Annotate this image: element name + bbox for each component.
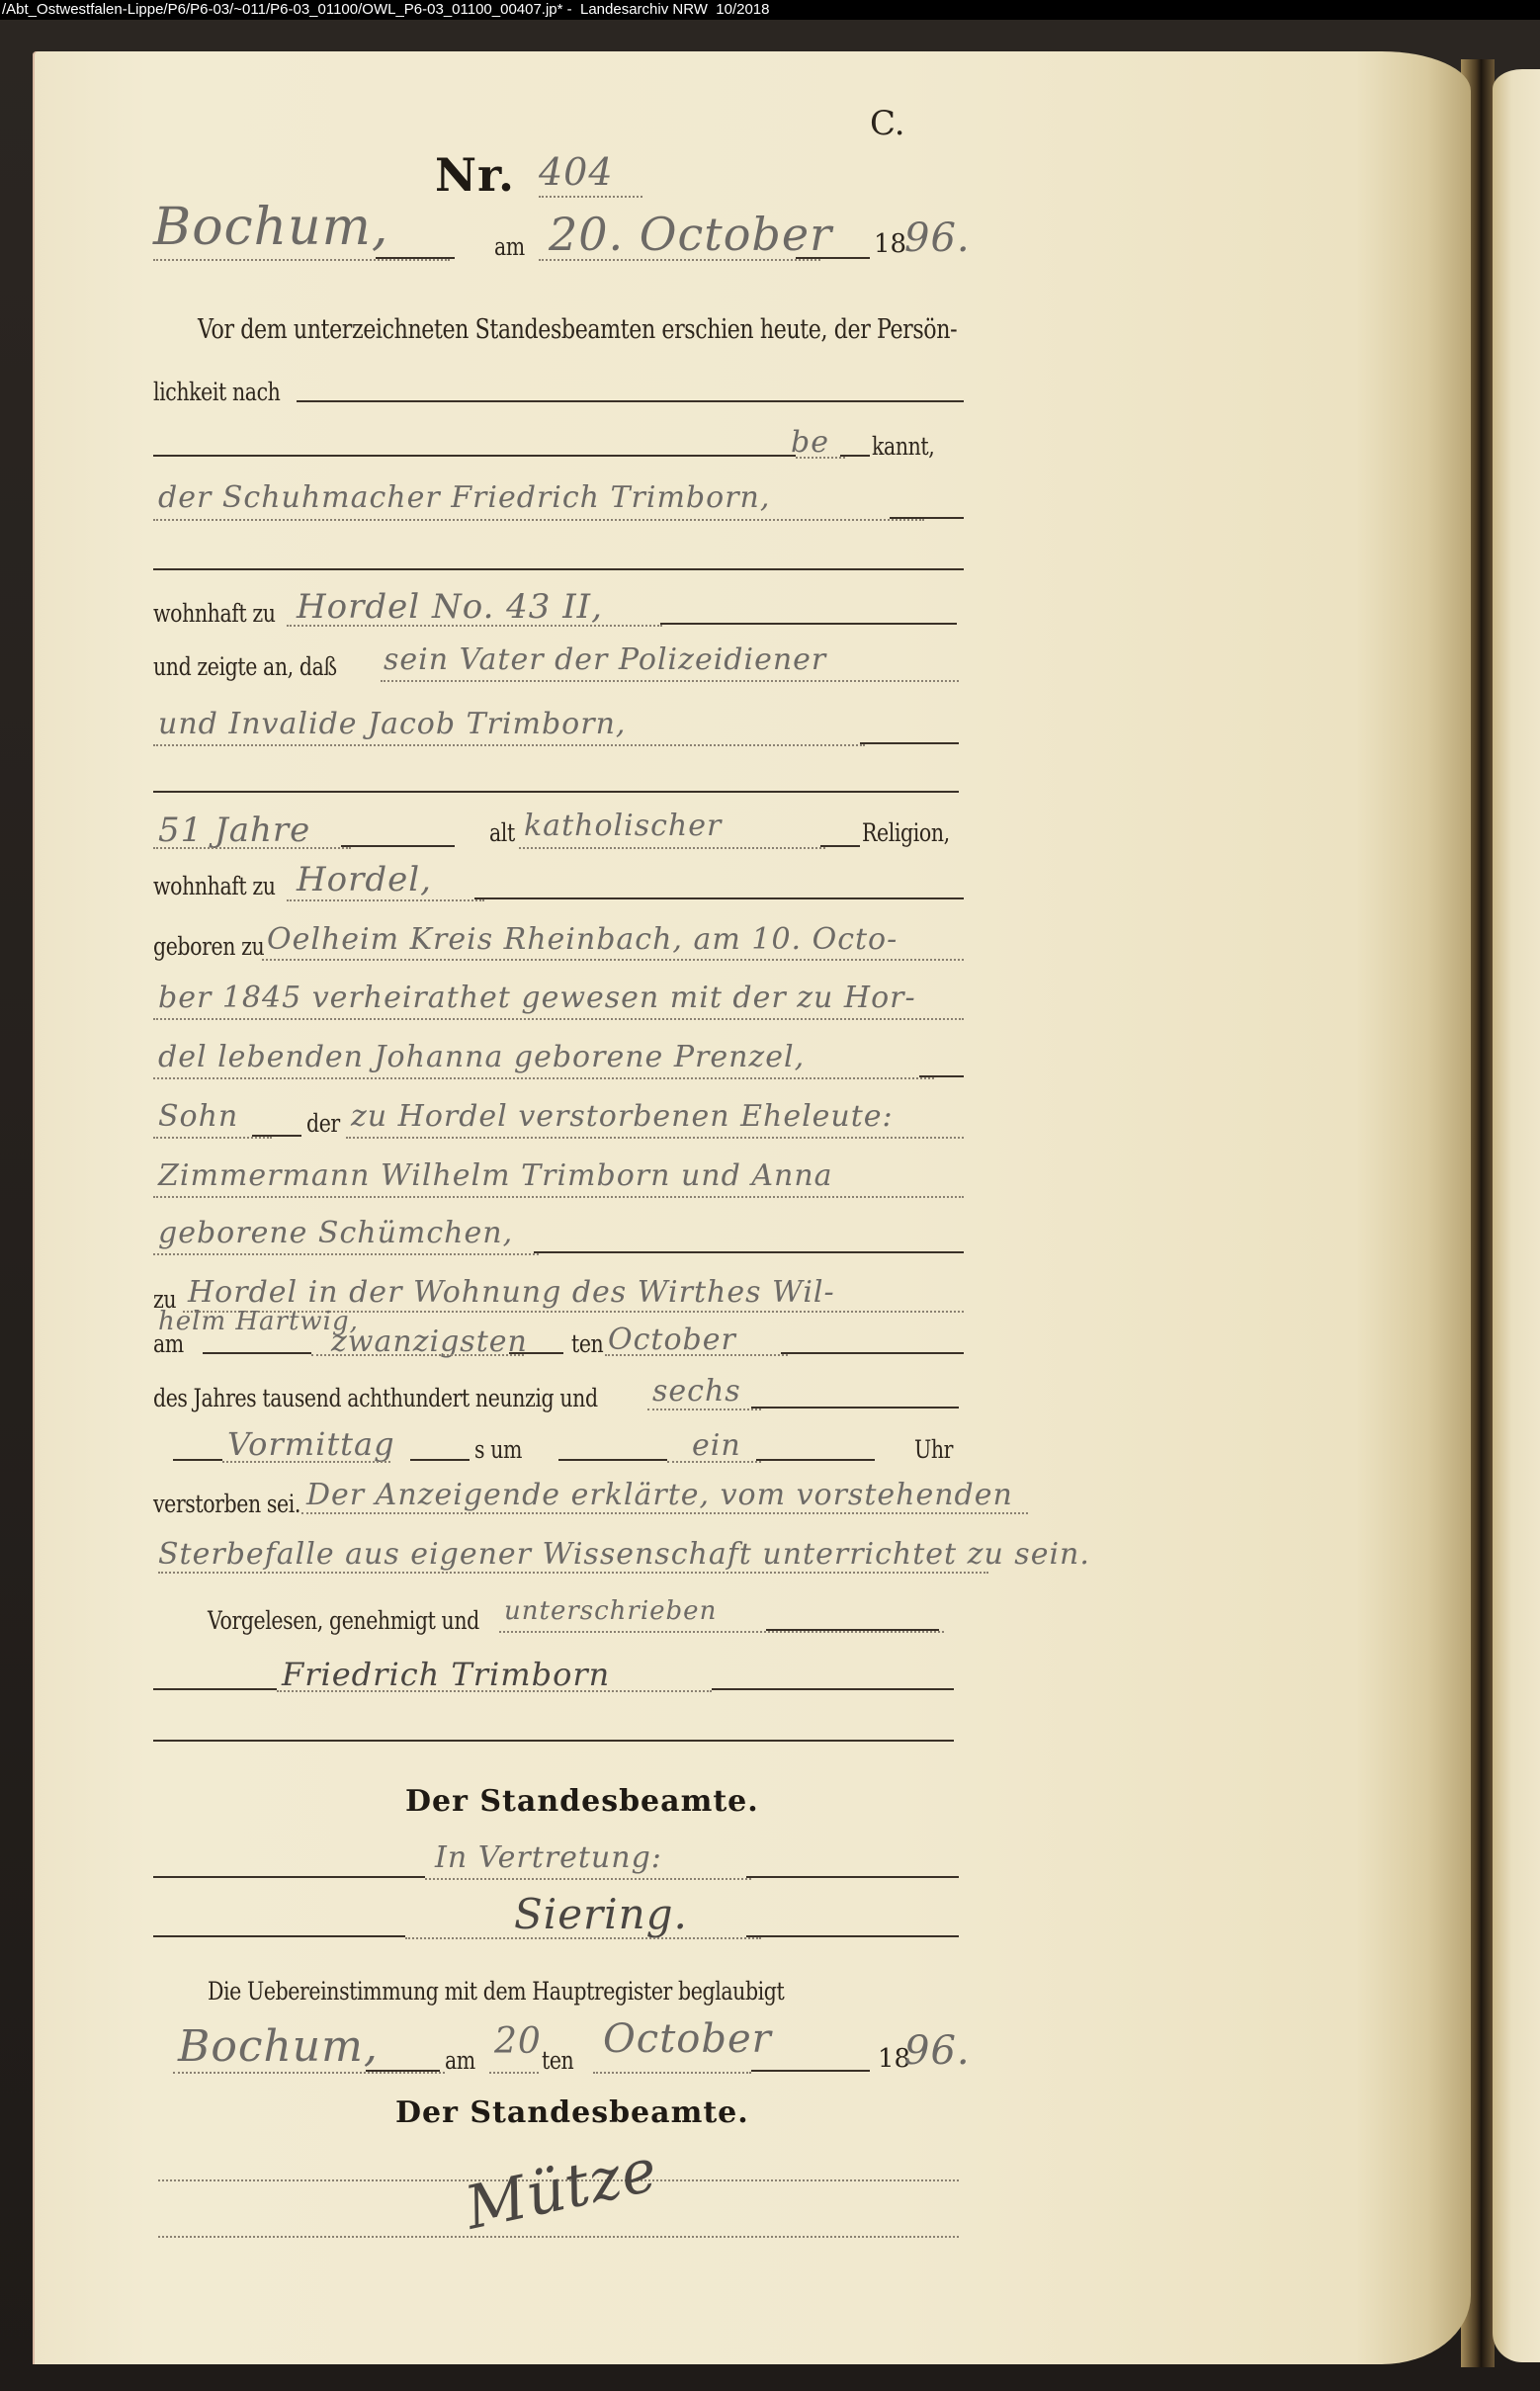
form-letter: C. [870,104,905,143]
parents-line-3: geborene Schümchen, [158,1216,513,1250]
dotted-line [489,2072,539,2074]
certification-ten-label: ten [542,2046,573,2075]
dotted-line [311,1354,524,1356]
known-print: kannt, [872,432,934,461]
ten-label: ten [571,1329,603,1358]
fill-rule [509,1352,563,1354]
fill-rule [153,1688,277,1690]
date-value: 20. October [549,208,832,261]
certification-text: Die Uebereinstimmung mit dem Hauptregist… [208,1977,784,2006]
dotted-line [153,259,450,261]
dotted-line [153,519,924,521]
dotted-line [346,1137,964,1139]
fill-rule [153,1876,425,1878]
dotted-line [153,1196,964,1198]
parents-line-1-hand: Sohn [158,1099,238,1134]
fill-rule [153,1935,405,1937]
certification-am-label: am [445,2046,475,2075]
parents-line-1-rest: zu Hordel verstorbenen Eheleute: [351,1099,894,1134]
fill-rule [820,845,860,847]
fill-rule [746,1935,959,1937]
fill-rule [919,1075,964,1077]
fill-rule [751,1407,959,1409]
year-value: sechs [652,1374,741,1409]
facing-page-edge [1493,69,1540,2362]
age-label: alt [489,818,515,847]
dotted-line [153,744,865,746]
fill-rule [173,1459,222,1461]
fill-rule [756,1459,875,1461]
parents-line-1-print: der [306,1109,340,1138]
dotted-line [405,1937,761,1939]
fill-rule [558,1459,667,1461]
dotted-line [153,1253,539,1255]
fill-rule [203,1352,311,1354]
dotted-line [381,680,959,682]
fill-rule [840,455,870,457]
dotted-line [539,259,820,261]
dotted-line [667,1461,761,1463]
time-of-day-value: Vormittag [227,1425,395,1463]
fill-rule [153,1740,954,1742]
residence-label: wohnhaft zu [153,599,276,628]
intro-line-1: Vor dem unterzeichneten Standesbeamten e… [198,314,957,345]
dotted-line [796,457,845,459]
reported-label: und zeigte an, daß [153,652,337,681]
signature-dotted-line [158,2236,959,2238]
fill-rule [781,1352,964,1354]
certification-month: October [603,2016,772,2062]
year-prefix: 18 [874,229,906,259]
fill-rule [712,1688,954,1690]
certification-place: Bochum, [178,2021,379,2072]
certification-year-suffix: 96. [904,2028,971,2074]
dotted-line [153,1077,934,1079]
fill-rule [890,517,964,519]
birth-line-1: Oelheim Kreis Rheinbach, am 10. Octo- [267,922,898,957]
birth-line-2: ber 1845 verheirathet gewesen mit der zu… [158,981,916,1015]
hour-label: Uhr [914,1435,953,1464]
reported-value-2: und Invalide Jacob Trimborn, [158,707,626,741]
dotted-line [153,847,351,849]
dotted-line [499,1631,944,1633]
approval-value: unterschrieben [504,1596,717,1626]
year-label: des Jahres tausend achthundert neunzig u… [153,1384,598,1412]
death-month-value: October [608,1323,736,1357]
deceased-residence-label: wohnhaft zu [153,872,276,900]
fill-rule [660,623,957,625]
hour-value: ein [692,1428,741,1463]
am-label: am [494,232,525,261]
fill-rule [410,1459,470,1461]
dotted-line [647,1409,761,1410]
fill-rule [252,1135,301,1137]
time-s-label: s um [474,1435,522,1464]
dotted-line [153,1018,964,1020]
dotted-line [173,2072,445,2074]
fill-rule [297,400,964,402]
death-am-label: am [153,1329,184,1358]
religion-label: Religion, [862,818,950,847]
dotted-line [153,1137,272,1139]
fill-rule [766,1629,939,1631]
record-number-value: 404 [539,150,614,194]
declarant-name: der Schuhmacher Friedrich Trimborn, [158,480,770,515]
dotted-line [277,1690,712,1692]
place-value: Bochum, [153,198,388,257]
known-hand: be [791,425,829,460]
dotted-line [593,2072,751,2074]
dotted-line [287,625,662,627]
residence-value: Hordel No. 43 II, [297,587,603,627]
fill-rule [153,455,796,457]
image-path-bar: /Abt_Ostwestfalen-Lippe/P6/P6-03/~011/P6… [0,0,1540,20]
fill-rule [534,1251,964,1253]
record-number-label: Nr. [435,148,515,202]
intro-line-2-label: lichkeit nach [153,378,280,406]
dotted-line [301,1512,1028,1514]
died-label: verstorben sei. [153,1490,300,1518]
death-place-value-1: Hordel in der Wohnung des Wirthes Wil- [188,1275,835,1310]
dotted-line [222,1461,390,1463]
dotted-line [425,1878,751,1880]
approval-label: Vorgelesen, genehmigt und [208,1606,479,1635]
dotted-line [605,1354,788,1356]
certification-heading: Der Standesbeamte. [395,2095,749,2130]
birth-line-3: del lebenden Johanna geborene Prenzel, [158,1040,805,1074]
fill-rule [153,791,959,793]
dotted-line [287,899,484,901]
dotted-line [519,847,825,849]
registrar-heading: Der Standesbeamte. [405,1784,759,1819]
fill-rule [366,2070,440,2072]
fill-rule [376,257,455,259]
note-line-2: Sterbefalle aus eigener Wissenschaft unt… [158,1537,1090,1572]
death-place-value-2: helm Hartwig, [158,1307,359,1336]
dotted-line [539,196,642,198]
fill-rule [796,257,870,259]
fill-rule [474,897,964,899]
deceased-residence-value: Hordel, [297,860,432,899]
religion-value: katholischer [524,809,722,843]
parents-line-2: Zimmermann Wilhelm Trimborn und Anna [158,1158,833,1193]
fill-rule [751,2070,870,2072]
dotted-line [158,1572,988,1574]
deputy-note: In Vertretung: [435,1840,662,1875]
fill-rule [860,742,959,744]
fill-rule [746,1876,959,1878]
reported-value-1: sein Vater der Polizeidiener [384,642,826,677]
registrar-signature: Siering. [514,1890,688,1938]
birth-label: geboren zu [153,932,264,961]
declarant-signature: Friedrich Trimborn [282,1656,610,1693]
certification-day: 20 [494,2021,542,2062]
age-value: 51 Jahre [158,811,310,850]
fill-rule [153,568,964,570]
fill-rule [341,845,455,847]
note-line-1: Der Anzeigende erklärte, vom vorstehende… [306,1478,1013,1512]
year-suffix: 96. [904,215,971,261]
dotted-line [262,959,964,961]
